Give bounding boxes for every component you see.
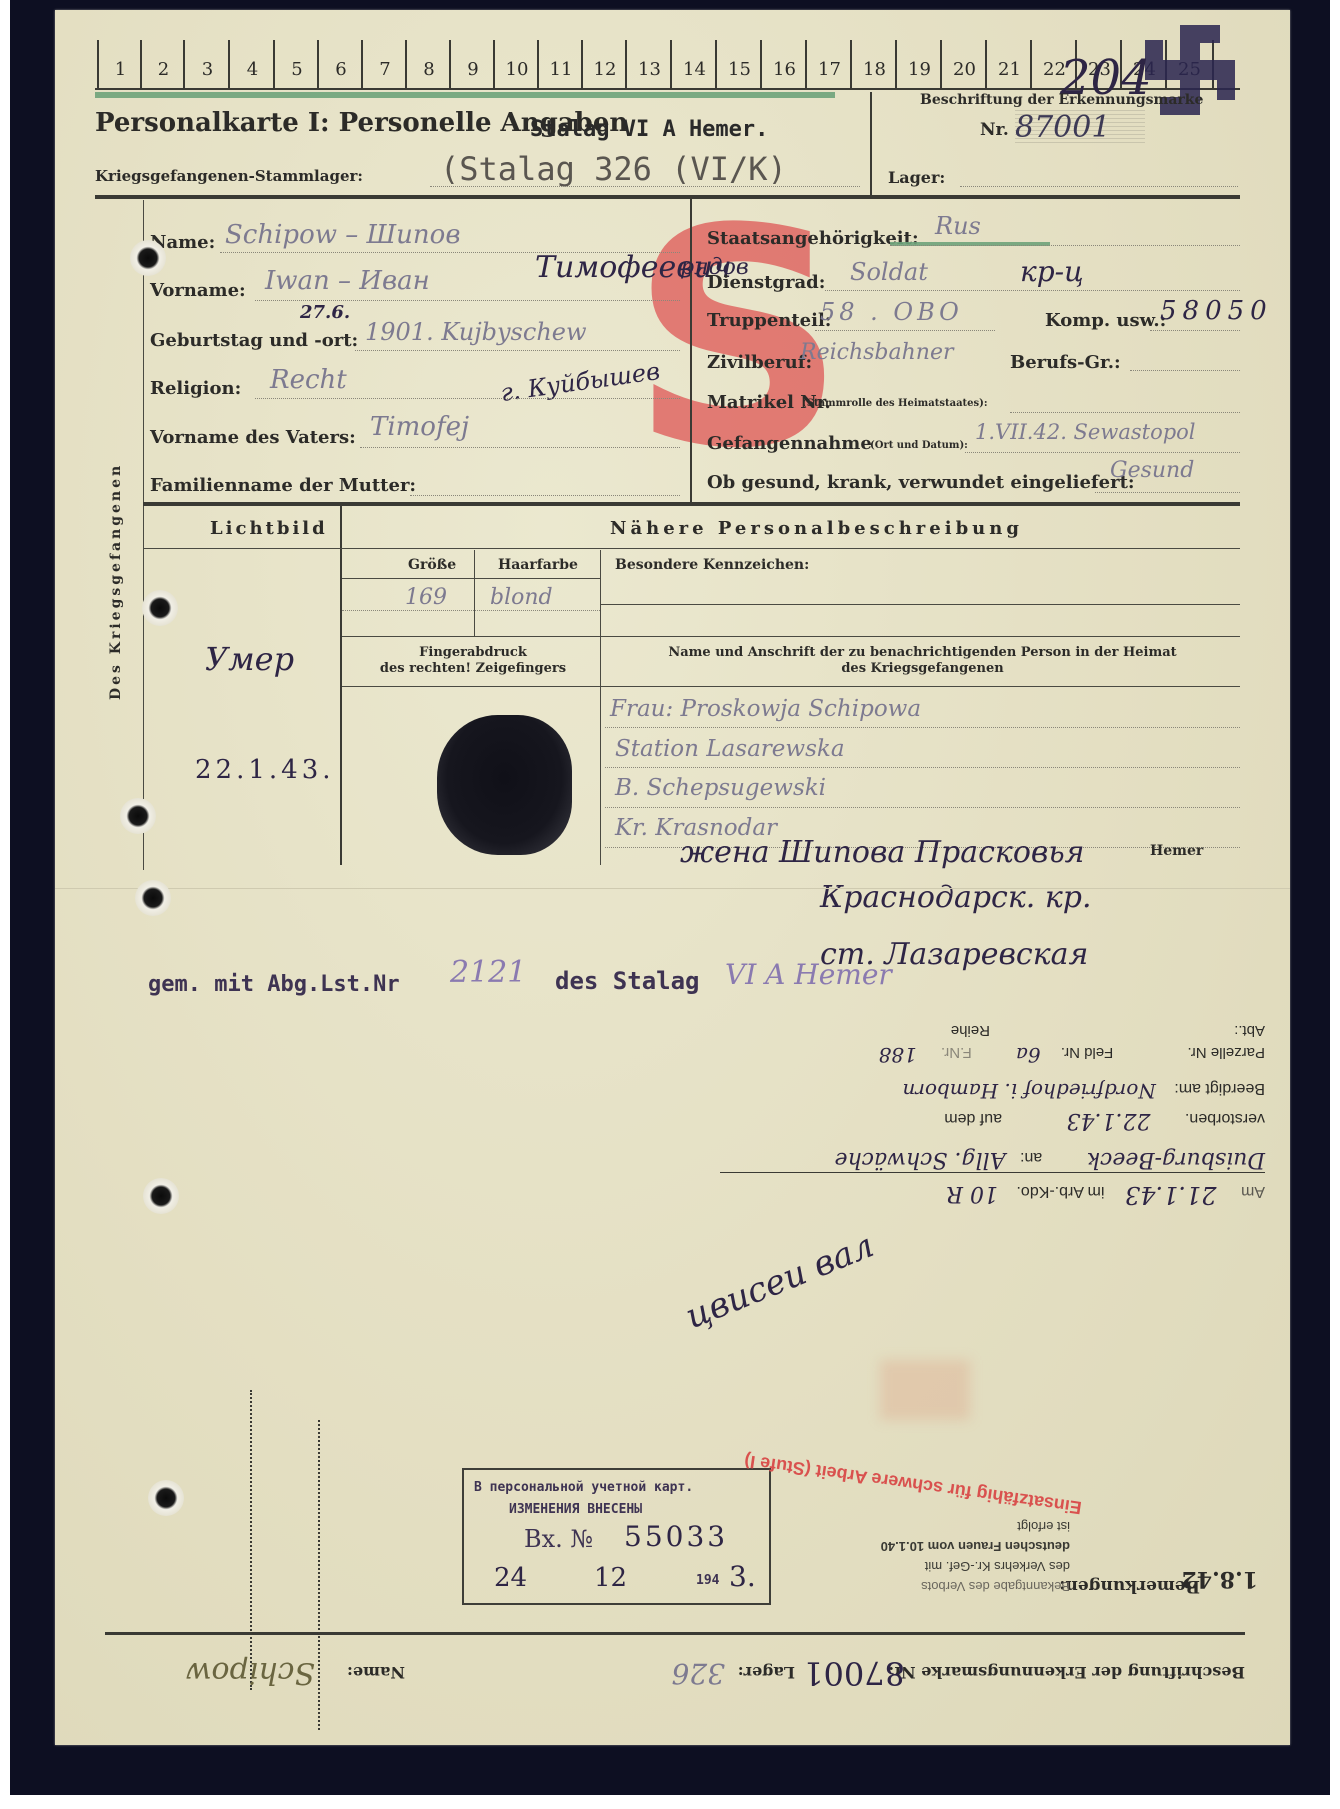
abt-label: Abt.: [1234, 1022, 1265, 1039]
left-margin-line [143, 200, 144, 870]
ruler-cell: 21 [985, 40, 1032, 88]
arb-kdo-value: 10 R [946, 1181, 998, 1206]
religion-label: Religion: [150, 378, 241, 399]
vorname-label: Vorname: [150, 280, 246, 301]
ruler-cell: 20 [940, 40, 987, 88]
ruler-cell: 15 [715, 40, 762, 88]
vater-value: Timofej [370, 412, 469, 442]
friedhof-value: Nordfriedhof i. Hamborn [903, 1079, 1156, 1103]
groesse-value: 169 [405, 585, 447, 610]
beerdigt-row: Beerdigt am: Nordfriedhof i. Hamborn [903, 1079, 1265, 1103]
death-place-row: Duisburg-Beeck an: Allg. Schwäche [720, 1147, 1265, 1173]
berufsgr-label: Berufs-Gr.: [1010, 352, 1121, 373]
religion-value: Recht [270, 365, 347, 395]
contact-rule-3 [605, 807, 1240, 808]
vx-value: 55033 [624, 1520, 728, 1553]
verstorben-row: verstorben. 22.1.43 auf dem [944, 1108, 1265, 1133]
red-smudge [880, 1360, 970, 1420]
komp-value: 58050 [1160, 296, 1273, 326]
haarfarbe-value: blond [490, 585, 553, 610]
gefangennahme-sub-label: (Ort und Datum): [870, 440, 968, 451]
ruler-cell: 13 [625, 40, 672, 88]
erkennungsmarke-label: Beschriftung der Erkennungsmarke [920, 92, 1203, 108]
truppenteil-line [815, 330, 995, 331]
mutter-label: Familienname der Mutter: [150, 475, 416, 496]
geburt-label: Geburtstag und -ort: [150, 330, 358, 351]
bemerkungen-line2: des Verkehrs Kr.-Gef. mit [925, 1559, 1070, 1574]
groesse-divider [474, 550, 475, 636]
contact-label: Name und Anschrift der zu benachrichtige… [605, 645, 1240, 677]
reihe-label: Reihe [951, 1022, 990, 1039]
feld-value: 6a [1016, 1043, 1041, 1067]
staat-value: Rus [935, 212, 981, 240]
abt-row: Abt.: Reihe [951, 1022, 1265, 1039]
ruler-cell: 3 [183, 40, 230, 88]
date-month: 12 [594, 1563, 627, 1593]
stalag-stamp-overlay: Stalag VI A Hemer. [530, 117, 768, 142]
ruler-cell: 2 [140, 40, 185, 88]
gefangennahme-label: Gefangennahme [707, 433, 872, 454]
fnr-value: 188 [879, 1043, 917, 1067]
ruler-cell: 12 [581, 40, 627, 88]
nr-value: 87001 [1015, 110, 1145, 145]
personal-column-divider [690, 197, 692, 502]
fingerprint-label: Fingerabdruck des rechten! Zeigefingers [348, 645, 598, 677]
groesse-header-rule [342, 578, 600, 579]
ruler-cell: 14 [670, 40, 717, 88]
verstorben-label: verstorben. [1185, 1110, 1265, 1127]
verstorben-value: 22.1.43 [1067, 1108, 1151, 1133]
kennzeichen-line [600, 604, 1240, 605]
bemerkungen-label: Bemerkungen: [1059, 1576, 1200, 1596]
gesund-value: Gesund [1110, 458, 1194, 483]
lager-line [960, 186, 1238, 187]
zivilberuf-label: Zivilberuf: [707, 352, 812, 373]
footer-name-label: Name: [347, 1663, 405, 1682]
religion-line [255, 398, 680, 399]
vorname-value: Iwan – Иван [265, 266, 430, 296]
contact-line-3: B. Schepsugewski [615, 775, 826, 801]
name-value: Schipow – Шипов [225, 220, 460, 250]
ruler-cell: 1 [97, 40, 142, 88]
am-value: 21.1.43 [1125, 1181, 1217, 1209]
gefangennahme-line [965, 452, 1240, 453]
feld-label: Feld Nr. [1061, 1044, 1114, 1061]
contact-rule-2 [605, 767, 1240, 768]
header-divider [870, 92, 872, 197]
death-place-value: Duisburg-Beeck [1087, 1147, 1265, 1172]
dienstgrad-line [825, 290, 1240, 291]
lichtbild-divider [340, 505, 342, 865]
contact-line-2: Station Lasarewska [615, 736, 845, 762]
gesund-line [1095, 492, 1240, 493]
date-year-prefix: 194 [696, 1573, 719, 1588]
ruler-cell: 8 [405, 40, 451, 88]
date-year-suffix: 3. [729, 1560, 756, 1593]
staat-line [890, 245, 1240, 246]
beerdigt-label: Beerdigt am: [1174, 1080, 1265, 1097]
ruler-cell: 5 [273, 40, 319, 88]
work-capability-red-stamp: Einsatzfähig für schwere Arbeit (Stufe I… [743, 1450, 1083, 1518]
footer-inverted: Beschriftung der Erkennungsmarke Nr. 870… [105, 1640, 1245, 1690]
fingerprint-image [437, 715, 572, 855]
kennzeichen-label: Besondere Kennzeichen: [615, 557, 809, 573]
description-section-title: Nähere Personalbeschreibung [610, 518, 1023, 539]
cyrillic-annotation-stamp: Hemer [1150, 843, 1203, 859]
komp-label: Komp. usw.: [1045, 310, 1166, 331]
ruler-cell: 16 [760, 40, 807, 88]
footer-name-value: Schipow [186, 1655, 315, 1690]
soviet-stamp-line2: ИЗМЕНЕНИЯ ВНЕСЕНЫ [509, 1502, 642, 1517]
footer-erkennungsmarke-label: Beschriftung der Erkennungsmarke Nr. [888, 1663, 1245, 1682]
contact-label-line1: Name und Anschrift der zu benachrichtige… [605, 645, 1240, 661]
birth-date-note: 27.6. [300, 302, 350, 323]
fingerprint-header-rule [342, 686, 1240, 687]
transfer-number: 2121 [450, 955, 526, 990]
cyrillic-annotation-line2: Краснодарск. кр. [820, 880, 1091, 915]
berufsgr-line [1130, 370, 1240, 371]
matrikel-line [1010, 412, 1240, 413]
fingerprint-label-line1: Fingerabdruck [348, 645, 598, 661]
dienstgrad-prefix: рядов [680, 255, 749, 280]
grave-row: Parzelle Nr. Feld Nr. 6a F.Nr. 188 [879, 1043, 1265, 1067]
truppenteil-label: Truppenteil: [707, 310, 831, 331]
contact-line-1: Frau: Proskowja Schipowa [610, 696, 921, 722]
punch-hole [120, 798, 156, 834]
groesse-value-line [342, 610, 600, 611]
soviet-registration-stamp: В персональной учетной карт. ИЗМЕНЕНИЯ В… [462, 1468, 771, 1605]
punch-hole [142, 590, 178, 626]
auf-dem-label: auf dem [944, 1110, 1002, 1127]
transfer-label: gem. mit Abg.Lst.Nr [148, 972, 400, 997]
vater-label: Vorname des Vaters: [150, 427, 356, 448]
bemerkungen-line1: Bekanntgabe des Verbots [921, 1579, 1070, 1594]
lichtbild-label: Lichtbild [210, 518, 328, 539]
groesse-label: Größe [408, 557, 456, 573]
description-header-rule [143, 548, 1240, 549]
zivilberuf-value: Reichsbahner [800, 340, 953, 365]
am-row: Am 21.1.43 im Arb.-Kdo. 10 R [946, 1181, 1265, 1209]
gefangennahme-value: 1.VII.42. Sewastopol [975, 420, 1196, 444]
bemerkungen-line4: ist erfolgt [1017, 1519, 1070, 1534]
punch-hole [143, 1178, 179, 1214]
death-date-note: 22.1.43. [195, 755, 335, 785]
contact-rule-1 [605, 727, 1240, 728]
mutter-line [410, 495, 680, 496]
footer-lager-label: Lager: [738, 1663, 795, 1682]
nr-label: Nr. [980, 120, 1009, 140]
staat-label: Staatsangehörigkeit: [707, 228, 919, 249]
vorname-line [255, 300, 680, 301]
ruler-cell: 9 [449, 40, 495, 88]
footer-lager-value: 326 [672, 1657, 725, 1690]
dienstgrad-value: Soldat [850, 258, 928, 286]
komp-line [1150, 330, 1240, 331]
side-vertical-label: Des Kriegsgefangenen [108, 463, 124, 700]
an-label: an: [1020, 1149, 1042, 1166]
kennzeichen-divider [600, 550, 601, 865]
footer-nr-value: 87001 [803, 1654, 905, 1692]
fnr-label: F.Nr. [941, 1044, 972, 1061]
cyrillic-annotation-line1: жена Шипова Прасковья [680, 835, 1085, 870]
am-label: Am [1241, 1183, 1265, 1200]
personal-bottom-rule [143, 502, 1240, 506]
fingerprint-label-line2: des rechten! Zeigefingers [348, 661, 598, 677]
ruler-cell: 18 [850, 40, 897, 88]
vx-label: Вх. № [524, 1525, 593, 1553]
cause-of-death-value: Allg. Schwäche [835, 1147, 1006, 1172]
ruler-cell: 11 [537, 40, 583, 88]
contact-label-line2: des Kriegsgefangenen [605, 661, 1240, 677]
geburt-line [355, 350, 680, 351]
ruler-cell: 19 [895, 40, 942, 88]
punch-hole [135, 880, 171, 916]
green-pencil-mark [95, 92, 835, 98]
ruler-cell: 6 [317, 40, 363, 88]
ruler-cell: 7 [361, 40, 407, 88]
matrikel-sub-label: (Stammrolle des Heimatstaates): [802, 398, 988, 409]
bemerkungen-line3: deutschen Frauen vom 10.1.40 [881, 1539, 1070, 1554]
ruler-cell: 17 [805, 40, 852, 88]
bemerkungen-inverted: 1.8.42 Bemerkungen: Bekanntgabe des Verb… [790, 1420, 1270, 1610]
ruler-cell: 10 [493, 40, 539, 88]
gesund-label: Ob gesund, krank, verwundet eingeliefert… [707, 472, 1135, 493]
punch-hole [130, 240, 166, 276]
geburt-value: 1901. Kujbyschew [365, 318, 587, 346]
punch-hole [148, 1480, 184, 1516]
kennzeichen-bottom-rule [342, 636, 1240, 637]
fold-line [55, 888, 1290, 889]
footer-rule [105, 1632, 1245, 1635]
truppenteil-value: 58 . OBO [820, 298, 963, 326]
died-note: Умер [205, 640, 294, 678]
soviet-stamp-line1: В персональной учетной карт. [474, 1480, 693, 1495]
vater-line [360, 447, 680, 448]
arb-kdo-label: im Arb.-Kdo. [1016, 1183, 1104, 1200]
transfer-stalag-value: VI A Hemer [725, 958, 892, 991]
ruler-cell: 4 [228, 40, 275, 88]
dienstgrad-extra: кр-ц [1020, 255, 1084, 288]
stammlager-label: Kriegsgefangenen-Stammlager: [95, 167, 363, 185]
death-record-stamp-inverted: Am 21.1.43 im Arb.-Kdo. 10 R Duisburg-Be… [720, 1015, 1265, 1215]
parzelle-label: Parzelle Nr. [1187, 1044, 1265, 1061]
transfer-stalag-label: des Stalag [555, 967, 700, 995]
haarfarbe-label: Haarfarbe [498, 557, 578, 573]
lager-label: Lager: [888, 168, 945, 187]
date-day: 24 [494, 1563, 527, 1593]
